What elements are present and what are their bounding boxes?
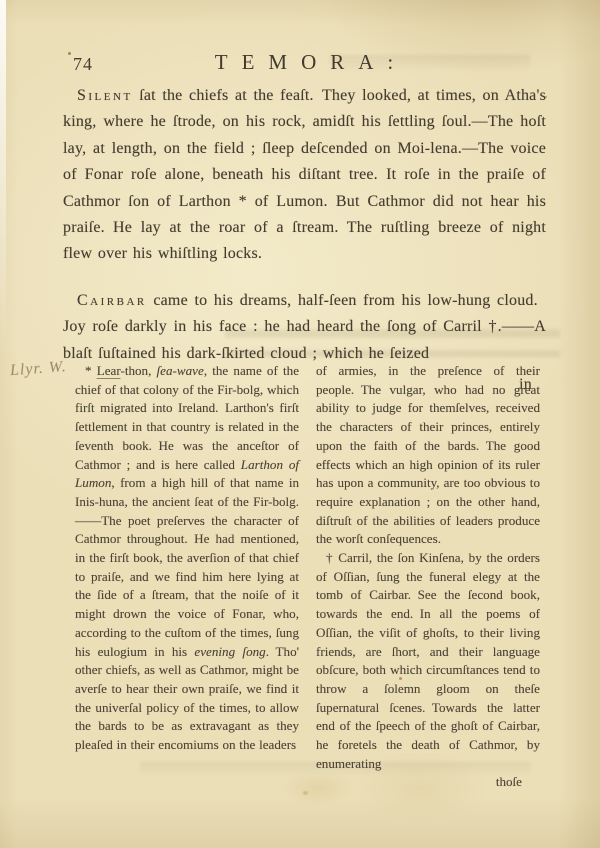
paragraph-lead-word: Silent xyxy=(77,87,133,104)
footnote-dagger: † Carril, the ſon Kinſena, by the orders… xyxy=(316,549,540,773)
footnote-column-right: of armies, in the preſence of their peop… xyxy=(316,362,540,792)
paragraph-silent: Silent ſat the chiefs at the feaſt. They… xyxy=(63,83,546,268)
paragraph-text: ſat the chiefs at the feaſt. They looked… xyxy=(63,87,546,262)
page-header: 74 TEMORA: xyxy=(63,50,545,80)
page-title: TEMORA: xyxy=(63,50,545,75)
main-text-block: Silent ſat the chiefs at the feaſt. They… xyxy=(63,83,546,398)
footnote-column-left: * Lear-thon, ſea-wave, the name of the c… xyxy=(75,362,299,792)
footnotes-block: * Lear-thon, ſea-wave, the name of the c… xyxy=(75,362,540,792)
catchword: thoſe xyxy=(316,773,522,792)
scanned-book-page: 74 TEMORA: Silent ſat the chiefs at the … xyxy=(0,0,600,848)
footnote-asterisk: * Lear-thon, ſea-wave, the name of the c… xyxy=(75,362,299,755)
scan-edge-highlight xyxy=(0,0,6,380)
paragraph-lead-word: Cairbar xyxy=(77,292,147,309)
paragraph-cairbar: Cairbar came to his dreams, half-ſeen fr… xyxy=(63,288,546,367)
footnote-asterisk-continued: of armies, in the preſence of their peop… xyxy=(316,362,540,549)
